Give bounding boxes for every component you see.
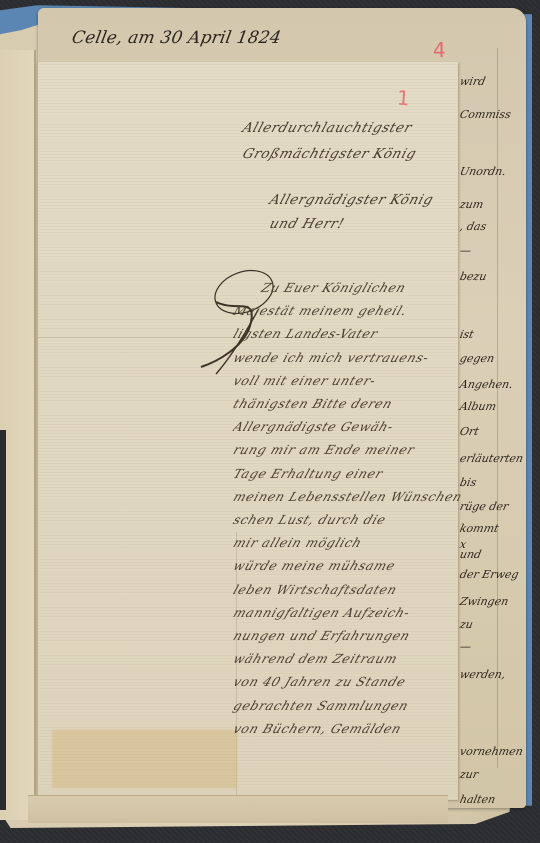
margin-fragment: Ort	[459, 425, 480, 438]
letter-body-line: Majestät meinem geheil.	[231, 303, 462, 318]
margin-fragment: werden,	[459, 668, 507, 681]
margin-fragment: zum	[459, 198, 485, 211]
letter-body-line: von Büchern, Gemälden	[231, 721, 462, 736]
letter-body-line: mannigfaltigen Aufzeich-	[231, 605, 462, 620]
margin-fragment: der Erweg	[459, 568, 520, 581]
date-line: Celle, am 30 April 1824	[70, 28, 282, 48]
margin-fragment: Commiss	[459, 108, 512, 121]
letter-body-line: meinen Lebensstellen Wünschens-	[231, 489, 462, 504]
margin-fragment: wird	[459, 75, 487, 88]
margin-fragment: erläuterten	[459, 452, 525, 465]
letter-body-line: von 40 Jahren zu Stande	[231, 674, 462, 689]
bottom-page-edge	[28, 795, 448, 823]
letter-body-line: ligsten Landes-Vater	[231, 326, 462, 341]
margin-fragment: vornehmen	[459, 745, 525, 758]
letter-body-line: rung mir am Ende meiner	[231, 442, 462, 457]
margin-fragment: bis	[459, 476, 478, 489]
margin-fragment: rüge der	[459, 500, 510, 513]
margin-fragment: bezu	[459, 270, 488, 283]
letter-body-line: thänigsten Bitte deren	[231, 396, 462, 411]
salutation-line-1: Allerdurchlauchtigster	[240, 120, 414, 136]
letter-body-line: Allergnädigste Gewäh-	[231, 419, 462, 434]
margin-fragment: Angehen.	[459, 378, 515, 391]
letter-body-line: Zu Euer Königlichen	[259, 280, 462, 295]
letter-body-line: wende ich mich vertrauens-	[231, 350, 462, 365]
letter-body-line: voll mit einer unter-	[231, 373, 462, 388]
margin-fragment: Zwingen	[459, 595, 510, 608]
letter-body-line: gebrachten Sammlungen	[231, 698, 462, 713]
salutation-line-4: und Herr!	[267, 216, 346, 232]
margin-fragment: zur	[459, 768, 480, 781]
page-edge-line	[497, 48, 498, 768]
letter-body-line: Tage Erhaltung einer	[231, 466, 462, 481]
salutation-line-3: Allergnädigster König	[267, 192, 435, 208]
letter-body-line: mir allein möglich	[231, 535, 462, 550]
letter-body-line: würde meine mühsame	[231, 558, 462, 573]
left-gap-shadow	[0, 430, 6, 810]
pencil-folio-number-lower: 1	[396, 86, 410, 111]
letter-body-line: während dem Zeitraum	[231, 651, 462, 666]
letter-body-line: leben Wirtschaftsdaten	[231, 582, 462, 597]
margin-fragment: , das	[459, 220, 488, 233]
margin-fragment: halten	[459, 793, 497, 806]
margin-fragment: kommt	[459, 522, 500, 535]
salutation-line-2: Großmächtigster König	[240, 146, 418, 162]
letter-body-line: schen Lust, durch die	[231, 512, 462, 527]
letter-body-line: nungen und Erfahrungen	[231, 628, 462, 643]
pencil-folio-number-upper: 4	[433, 38, 446, 62]
left-paper-strip	[0, 50, 36, 820]
margin-fragment: Album	[459, 400, 498, 413]
margin-fragment: Unordn.	[459, 165, 508, 178]
margin-fragment: gegen	[459, 352, 496, 365]
glue-stain	[52, 730, 237, 788]
